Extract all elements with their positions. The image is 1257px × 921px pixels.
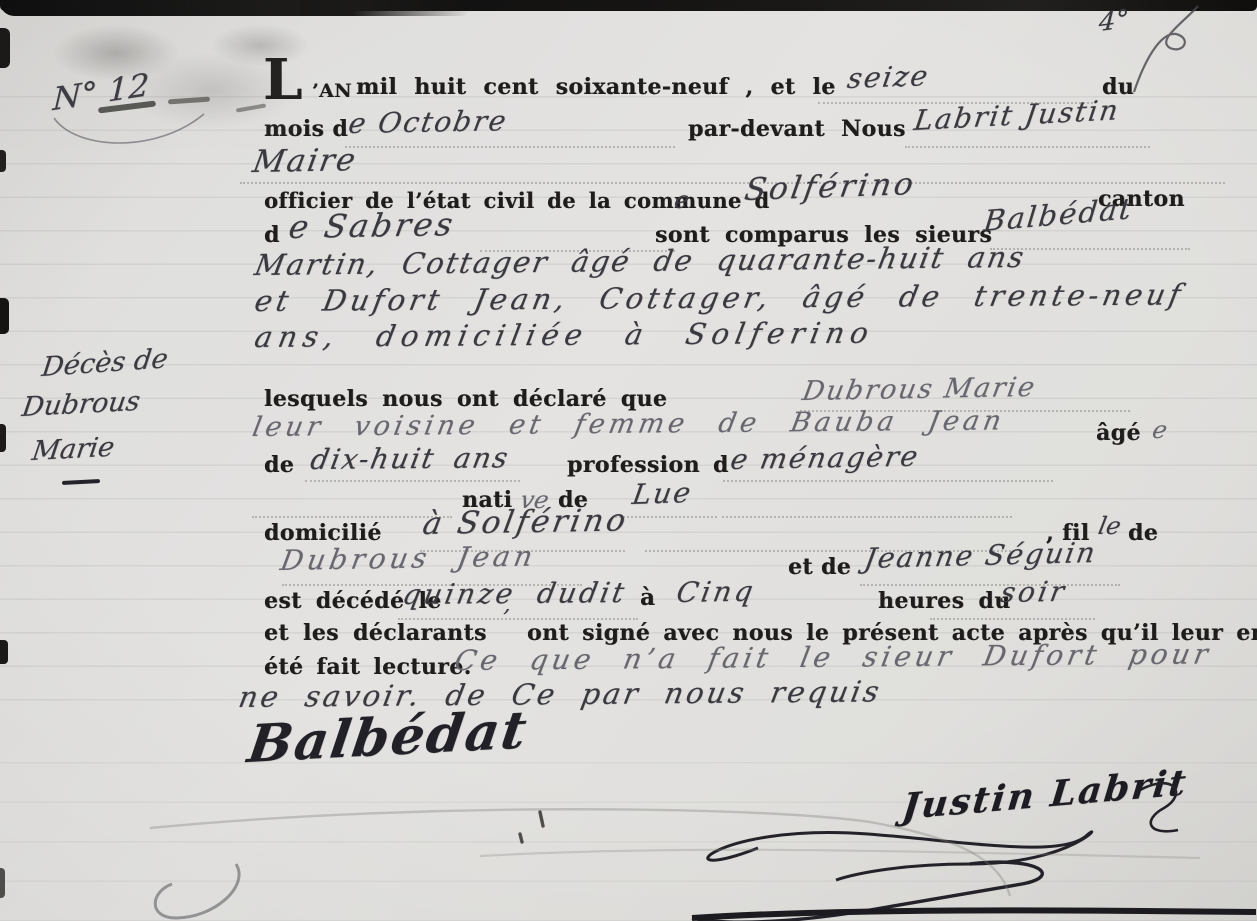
handwritten-witness1-details: Martin, Cottager âgé de quarante-huit an… [252, 240, 1028, 282]
form-blank-line [722, 516, 1012, 518]
form-blank-line [905, 146, 1150, 148]
handwritten-nonsigner-note: Ce que n’a fait le sieur Dufort pour [452, 637, 1214, 677]
act-number: N° 12 [52, 66, 150, 118]
scan-faint-curves [0, 800, 1257, 921]
scan-top-edge [0, 0, 1257, 11]
scan-left-edge-mark [0, 868, 5, 898]
handwritten-birthplace: Lue [630, 476, 695, 511]
form-blank-line [723, 480, 1053, 482]
scan-left-edge-mark [0, 150, 6, 172]
handwritten-witness2-details: et Dufort Jean, Cottager, âgé de trente-… [252, 278, 1187, 318]
handwritten-month: e Octobre [346, 104, 510, 140]
printed-heures: heures du [878, 588, 1011, 614]
handwritten-profession: e ménagère [728, 440, 922, 476]
page-corner-mark: 4° [1098, 4, 1130, 38]
handwritten-requis-note: ne savoir. de Ce par nous requis [236, 674, 885, 714]
scan-noise-overlay [0, 0, 300, 150]
page-corner-flourish [1126, 2, 1216, 97]
handwritten-day: seize [845, 59, 932, 95]
margin-note-line: Marie [30, 432, 116, 467]
scan-left-edge-mark [0, 424, 6, 452]
handwritten-age: dix-huit ans [308, 441, 512, 476]
handwritten-officer-name: Labrit Justin [912, 93, 1122, 137]
printed-a: à [640, 584, 655, 611]
form-blank-line [305, 480, 520, 482]
scan-left-edge-mark [0, 640, 8, 664]
handwritten-death-date: quinze dudit [400, 576, 630, 611]
printed-line1: mil huit cent soixante-neuf , et le [356, 74, 836, 100]
death-record-scan: N° 12 Décès de Dubrous Marie 4° L ’AN mi… [0, 0, 1257, 921]
handwritten-maire: Maire [250, 142, 360, 180]
printed-de: de [264, 452, 294, 478]
handwritten-father-name: Dubrous Jean [278, 540, 539, 577]
form-blank-line [240, 182, 1225, 184]
handwritten-deceased-relation: leur voisine et femme de Bauba Jean [250, 405, 1008, 443]
scan-left-edge-mark [0, 298, 9, 334]
printed-de3: de [1128, 520, 1158, 546]
handwritten-soir: soir [998, 575, 1070, 609]
margin-note-line: Dubrous [20, 386, 142, 423]
printed-profession-label: profession d [567, 452, 729, 478]
margin-note-underline [62, 479, 100, 485]
form-blank-line [345, 146, 675, 148]
handwritten-residence: à Solférino [420, 502, 631, 542]
page-ruling-bottom [0, 724, 1257, 921]
printed-age-label: âgé [1096, 420, 1141, 446]
printed-lecture: été fait lecture. [264, 654, 472, 680]
handwritten-death-hour: Cinq [674, 575, 758, 609]
printed-an: ’AN [312, 80, 352, 102]
form-blank-line [252, 516, 452, 518]
handwritten-witness1-surname: Balbédat [982, 191, 1135, 238]
handwritten-canton-name: e Sabres [286, 205, 459, 246]
form-blank-line [860, 584, 1120, 586]
scan-top-edge-left [0, 0, 470, 16]
scan-left-edge-mark [0, 28, 10, 68]
handwritten-deceased-name: Dubrous Marie [800, 372, 1039, 407]
printed-pardevant: par-devant Nous [688, 116, 906, 142]
printed-declarants: et les déclarants [264, 620, 487, 646]
printed-etde: et de [788, 554, 851, 580]
handwritten-mother-name: Jeanne Séguin [862, 536, 1099, 575]
printed-d: d [264, 222, 280, 248]
scan-mark [168, 97, 210, 105]
handwritten-e: e [1150, 416, 1170, 444]
handwritten-le: le [1096, 512, 1123, 540]
handwritten-commune: Solférino [742, 166, 919, 208]
scan-mark [236, 103, 266, 112]
handwritten-witnesses-residence: ans, domiciliée à Solferino [252, 316, 877, 354]
printed-mois-d: mois d [264, 116, 348, 142]
dropcap-L: L [263, 52, 303, 108]
mayor-signature: Justin Labrit [900, 762, 1190, 828]
margin-note-line: Décès de [40, 343, 170, 383]
